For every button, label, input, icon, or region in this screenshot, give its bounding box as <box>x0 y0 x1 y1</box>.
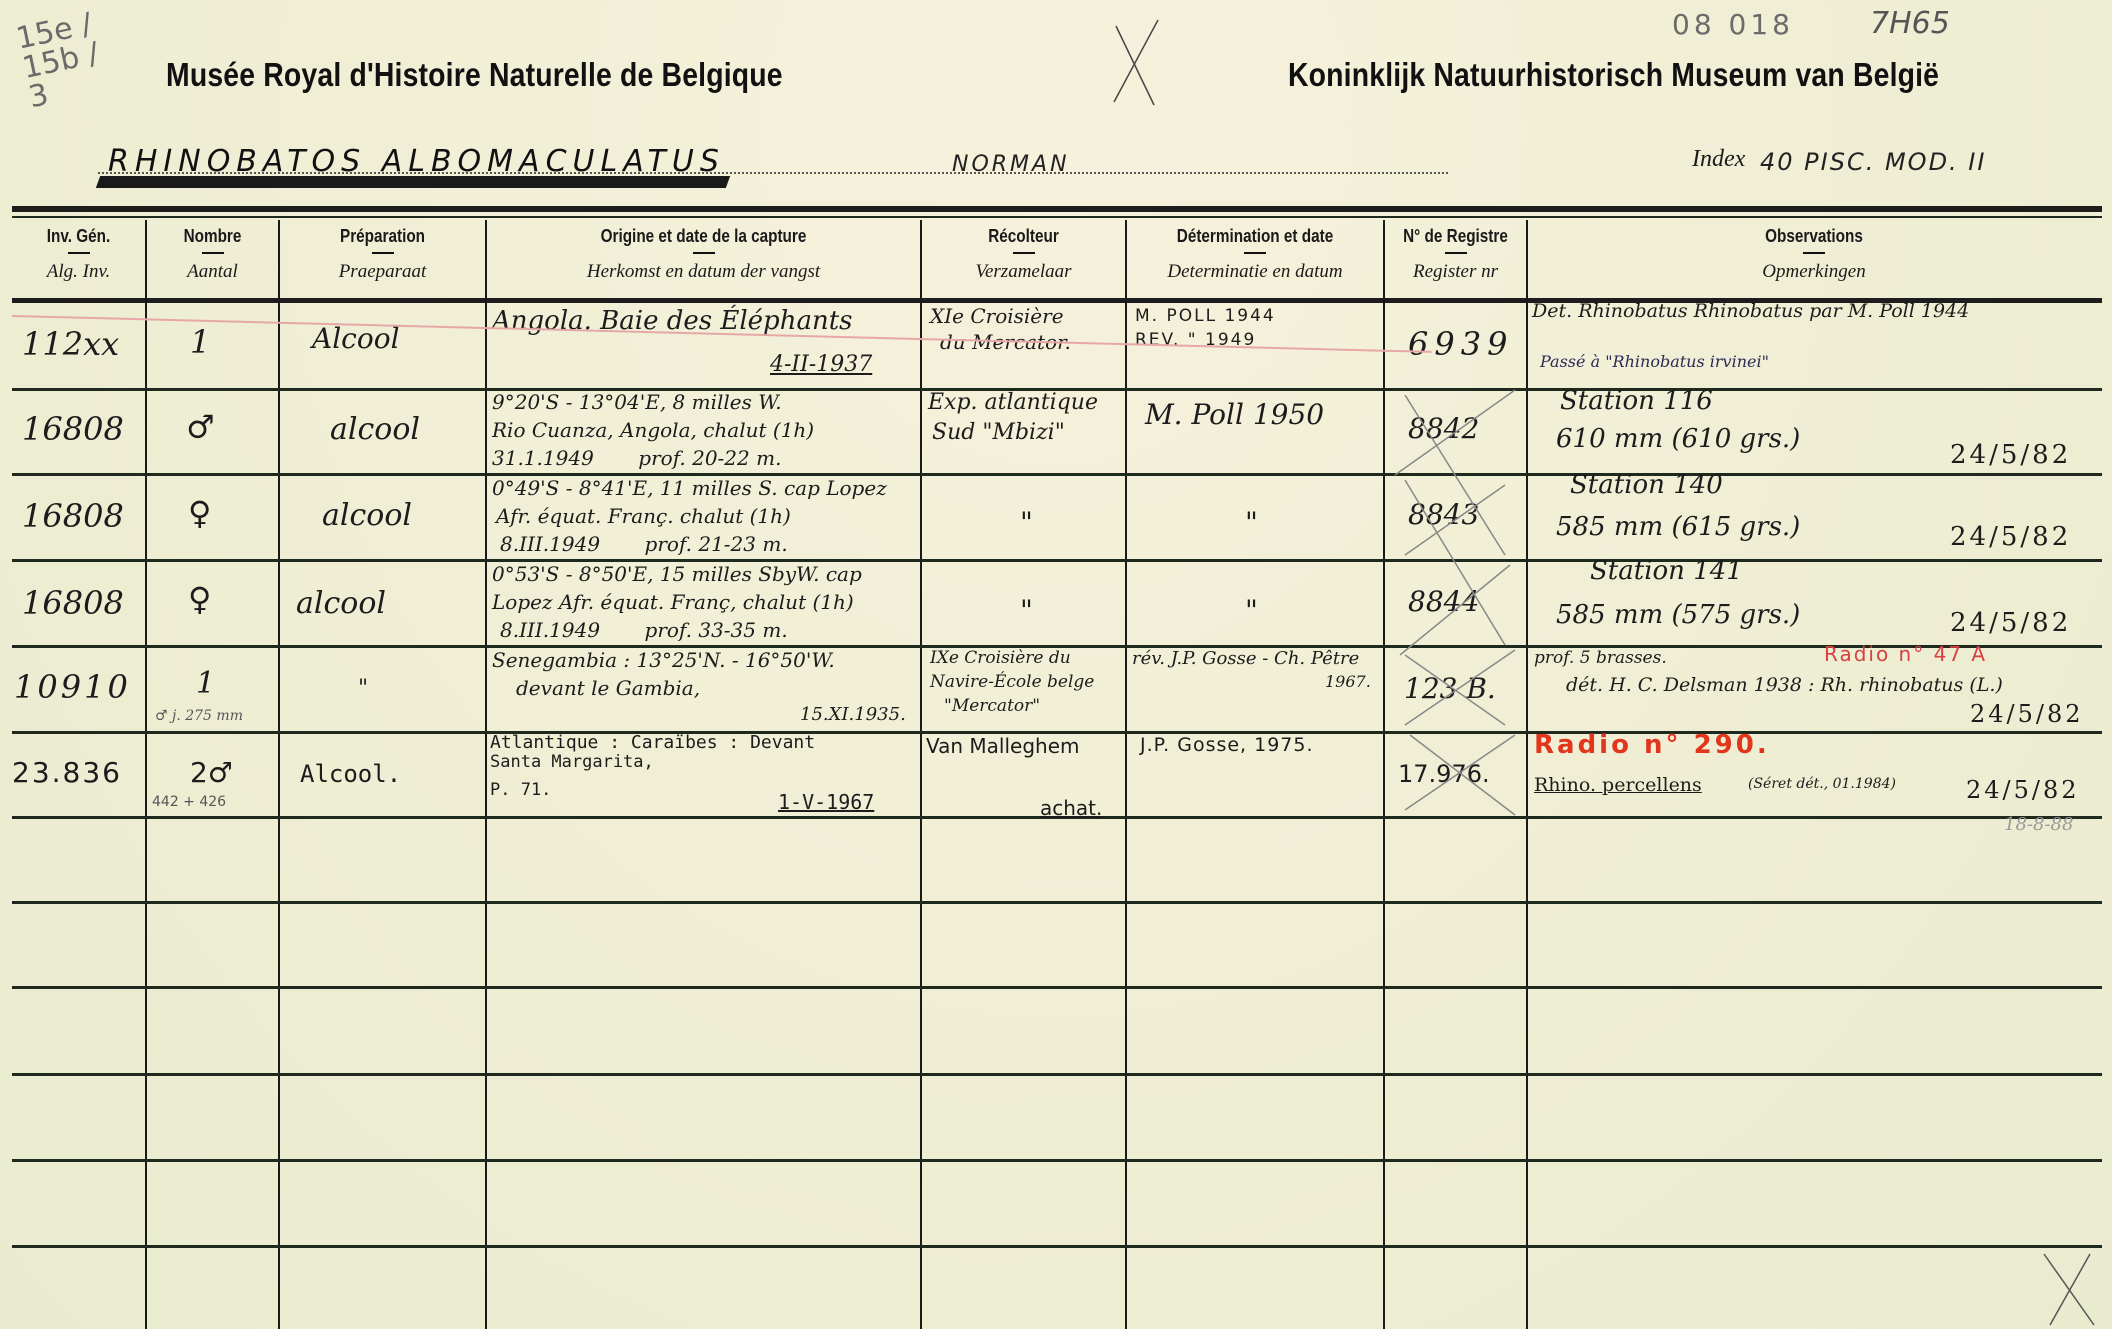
cell-origine: Rio Cuanza, Angola, chalut (1h) <box>492 418 814 442</box>
column-header-fr: Préparation <box>295 222 469 250</box>
column-header-fr: N° de Registre <box>1396 222 1516 250</box>
column-header-preparation: PréparationPraeparaat <box>280 222 485 286</box>
cell-origine: 9°20'S - 13°04'E, 8 milles W. <box>492 390 782 414</box>
column-header-nombre: NombreAantal <box>147 222 278 286</box>
column-divider <box>145 220 147 1329</box>
column-header-nl: Opmerkingen <box>1528 258 2100 286</box>
column-header-fr: Observations <box>1571 222 2057 250</box>
cell-observation-date: 24/5/82 <box>1950 608 2071 638</box>
cell-determination: rév. J.P. Gosse - Ch. Pêtre <box>1132 648 1359 669</box>
index-label: Index <box>1692 146 1745 173</box>
cell-recolteur: Exp. atlantique <box>928 390 1098 415</box>
cell-recolteur: " <box>1020 594 1033 627</box>
cell-determination: " <box>1245 506 1258 539</box>
table-top-thin-rule <box>12 216 2102 218</box>
radio-number-stamp: Radio n° 290. <box>1534 730 1770 760</box>
cell-recolteur: " <box>1020 506 1033 539</box>
species-author: NORMAN <box>952 152 1070 177</box>
cell-determination: M. POLL 1944 <box>1135 306 1276 326</box>
cell-observation: 610 mm (610 grs.) <box>1556 424 1800 454</box>
cell-preparation: Alcool. <box>300 760 401 788</box>
cell-determination: J.P. Gosse, 1975. <box>1140 734 1314 756</box>
cell-nombre: 1 <box>190 323 210 361</box>
cell-inv: 23.836 <box>12 756 122 789</box>
cell-observation: 585 mm (615 grs.) <box>1556 512 1800 542</box>
cell-registre: 6939 <box>1408 325 1513 363</box>
column-header-observations: ObservationsOpmerkingen <box>1528 222 2100 286</box>
cell-nombre: ♂ <box>186 408 215 446</box>
corner-note-top-right-number: 08 018 <box>1672 8 1794 41</box>
column-divider <box>920 220 922 1329</box>
column-header-recolteur: RécolteurVerzamelaar <box>922 222 1125 286</box>
column-header-nl: Verzamelaar <box>922 258 1125 286</box>
cell-nombre: ♀ <box>188 580 211 618</box>
cell-nombre: 1 <box>196 666 215 701</box>
cell-observation: (Séret dét., 01.1984) <box>1748 776 1896 792</box>
cell-origine: 8.III.1949 prof. 21-23 m. <box>500 532 788 556</box>
table-top-rule <box>12 206 2102 212</box>
cell-observation: Station 116 <box>1560 386 1713 416</box>
row-line <box>12 1245 2102 1248</box>
column-divider <box>278 220 280 1329</box>
institution-title-nl: Koninklijk Natuurhistorisch Museum van B… <box>1288 56 1939 94</box>
column-header-nl: Herkomst en datum der vangst <box>487 258 920 286</box>
cell-nombre: ♀ <box>188 494 211 532</box>
cell-origine: 31.1.1949 prof. 20-22 m. <box>492 446 781 470</box>
column-header-determination: Détermination et dateDeterminatie en dat… <box>1127 222 1383 286</box>
cell-recolteur: IXe Croisière du <box>930 648 1071 668</box>
institution-title-fr: Musée Royal d'Histoire Naturelle de Belg… <box>166 56 783 94</box>
cell-preparation: alcool <box>330 412 420 447</box>
column-divider <box>1125 220 1127 1329</box>
corner-note-top-right-code: 7H65 <box>1870 6 1950 41</box>
cell-observation-date: 24/5/82 <box>1966 776 2080 804</box>
cell-observation: dét. H. C. Delsman 1938 : Rh. rhinobatus… <box>1566 674 2003 696</box>
cell-inv: 112xx <box>22 325 119 363</box>
row-line <box>12 473 2102 476</box>
cell-recolteur: Navire-École belge <box>930 672 1094 692</box>
column-header-fr: Origine et date de la capture <box>519 222 887 250</box>
cell-observation: Station 141 <box>1590 556 1743 586</box>
cell-origine: 15.XI.1935. <box>800 704 906 725</box>
cell-recolteur: "Mercator" <box>944 696 1040 716</box>
row-line <box>12 1159 2102 1162</box>
column-header-nl: Praeparaat <box>280 258 485 286</box>
column-header-nl: Aantal <box>147 258 278 286</box>
cell-origine: 0°49'S - 8°41'E, 11 milles S. cap Lopez <box>492 476 887 500</box>
row-line <box>12 559 2102 562</box>
column-header-nl: Alg. Inv. <box>12 258 145 286</box>
cell-preparation: alcool <box>322 498 412 533</box>
cell-observation: Passé à "Rhinobatus irvinei" <box>1540 352 1769 371</box>
cell-nombre-note: ♂ j. 275 mm <box>155 708 243 724</box>
column-header-fr: Nombre <box>157 222 268 250</box>
cell-observation: Rhino. percellens <box>1534 774 1702 796</box>
column-header-fr: Récolteur <box>937 222 1110 250</box>
cell-origine: Afr. équat. Franç. chalut (1h) <box>496 504 791 528</box>
index-value: 40 PISC. MOD. II <box>1760 148 1986 176</box>
cell-inv: 10910 <box>14 668 131 706</box>
row-line <box>12 1073 2102 1076</box>
column-header-nl: Register nr <box>1385 258 1526 286</box>
cell-determination: " <box>1245 594 1258 627</box>
cell-origine: Lopez Afr. équat. Franç, chalut (1h) <box>492 590 854 614</box>
column-header-fr: Détermination et date <box>1146 222 1364 250</box>
species-underline <box>96 176 730 188</box>
cell-origine: P. 71. <box>490 780 551 800</box>
cell-origine: Senegambia : 13°25'N. - 16°50'W. <box>492 648 835 672</box>
cell-observation: Station 140 <box>1570 470 1723 500</box>
accession-code: 7H65 <box>1870 6 1950 41</box>
column-header-registre: N° de RegistreRegister nr <box>1385 222 1526 286</box>
radio-number-stamp: Radio n° 47 A <box>1824 642 1987 666</box>
cell-observation: prof. 5 brasses. <box>1534 648 1667 668</box>
cell-observation-date: 24/5/82 <box>1950 522 2071 552</box>
column-header-inv: Inv. Gén.Alg. Inv. <box>12 222 145 286</box>
column-header-origine: Origine et date de la captureHerkomst en… <box>487 222 920 286</box>
cross-mark-icon <box>1108 10 1178 110</box>
column-header-nl: Determinatie en datum <box>1127 258 1383 286</box>
corner-note-top-left: 15e / 15b / 3 <box>14 5 131 114</box>
cell-recolteur: Van Malleghem <box>926 734 1080 758</box>
column-header-fr: Inv. Gén. <box>22 222 135 250</box>
cell-observation-date-2: 18-8-88 <box>2004 814 2073 835</box>
cell-origine: 0°53'S - 8°50'E, 15 milles SbyW. cap <box>492 562 862 586</box>
cell-origine-date: 4-II-1937 <box>770 352 872 377</box>
cell-observation-date: 24/5/82 <box>1950 440 2071 470</box>
cell-inv: 16808 <box>22 410 124 448</box>
cell-origine: 8.III.1949 prof. 33-35 m. <box>500 618 788 642</box>
cell-origine: devant le Gambia, <box>516 676 700 700</box>
cell-origine: Atlantique : Caraïbes : Devant <box>490 732 815 753</box>
species-dotted-line <box>98 172 1448 174</box>
cell-origine-date: 1-V-1967 <box>778 790 874 814</box>
cell-observation: Det. Rhinobatus Rhinobatus par M. Poll 1… <box>1532 300 1969 322</box>
cell-observation-date: 24/5/82 <box>1970 700 2084 728</box>
cell-nombre: 2♂ <box>190 756 233 789</box>
cell-inv: 16808 <box>22 584 124 622</box>
cell-inv: 16808 <box>22 497 124 535</box>
corner-note-text: 15e / 15b / 3 <box>13 7 102 116</box>
row-line <box>12 986 2102 989</box>
cell-observation: 585 mm (575 grs.) <box>1556 600 1800 630</box>
cell-determination: 1967. <box>1325 672 1371 691</box>
row-line <box>12 901 2102 904</box>
register-crossout-icon <box>1385 385 1530 825</box>
cell-recolteur: Sud "Mbizi" <box>932 420 1065 445</box>
cell-recolteur: XIe Croisière <box>930 304 1064 328</box>
cell-nombre-note: 442 + 426 <box>152 794 226 810</box>
cell-origine: Santa Margarita, <box>490 752 654 772</box>
cell-preparation: " <box>358 676 368 701</box>
cross-mark-icon <box>2040 1250 2100 1329</box>
column-divider <box>485 220 487 1329</box>
accession-number: 08 018 <box>1672 8 1794 41</box>
cell-determination: M. Poll 1950 <box>1145 398 1324 431</box>
cell-preparation: alcool <box>296 586 386 621</box>
cell-preparation: Alcool <box>312 322 400 355</box>
cell-recolteur: achat. <box>1040 796 1102 820</box>
